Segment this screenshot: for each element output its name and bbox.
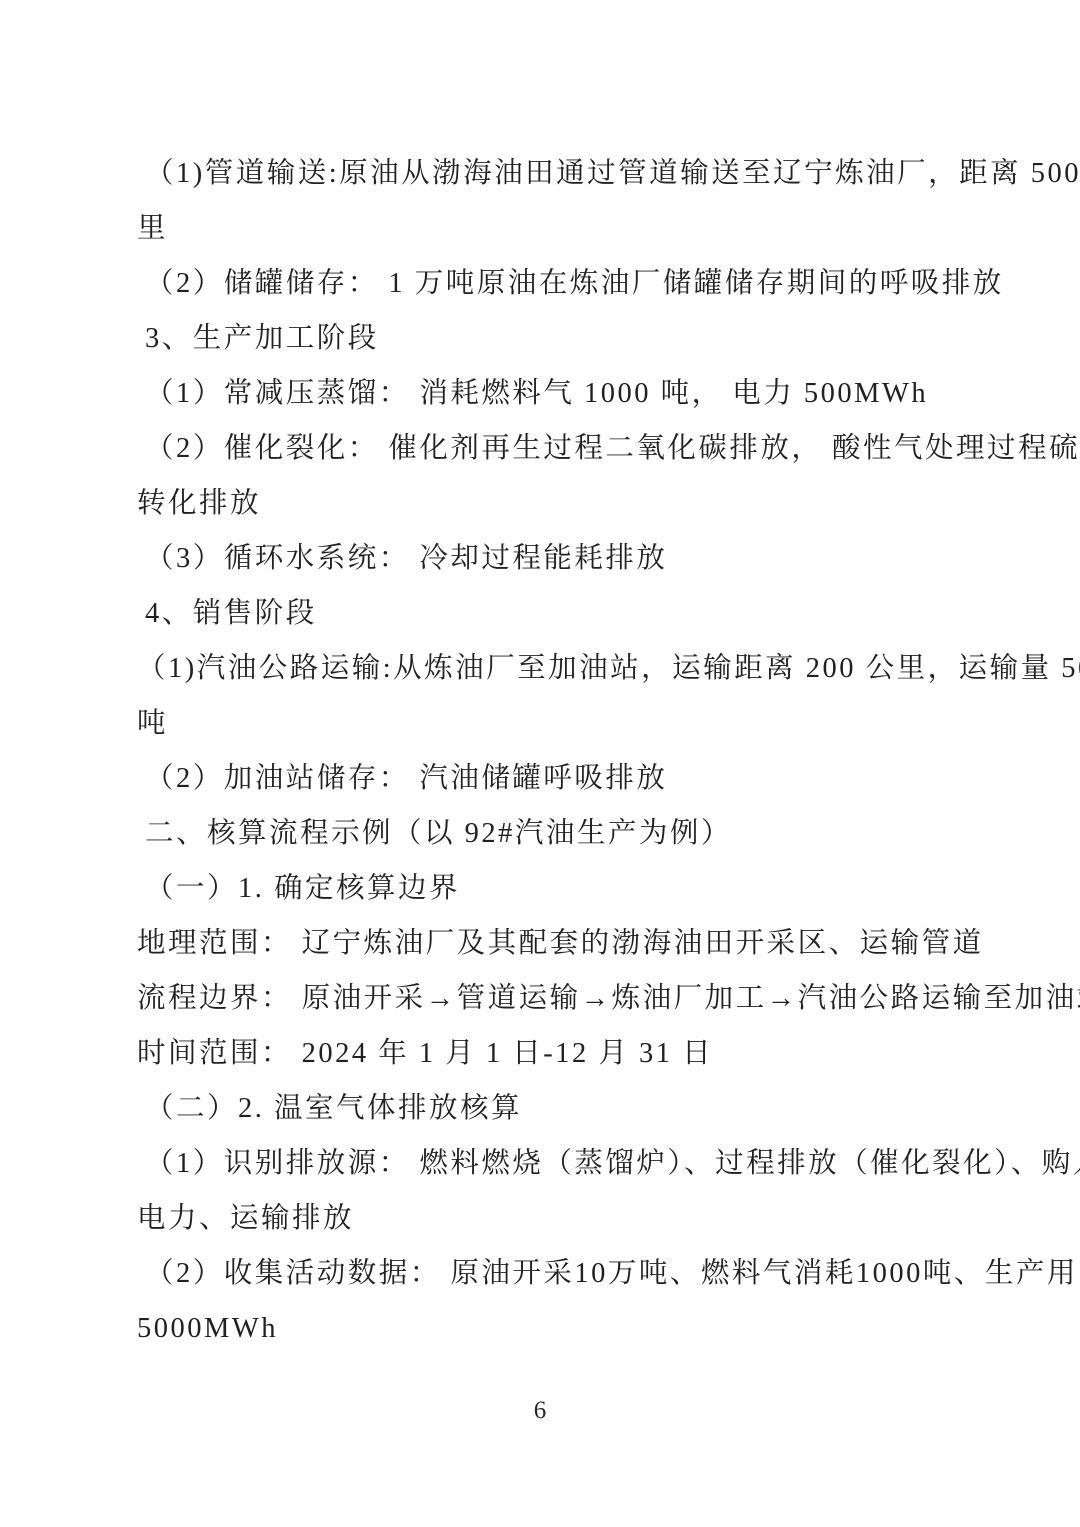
document-page: （1)管道输送:原油从渤海油田通过管道输送至辽宁炼油厂，距离 500 公 里 （… (0, 0, 1080, 1527)
doc-line: （2）加油站储存： 汽油储罐呼吸排放 (137, 751, 952, 806)
doc-line: （2）收集活动数据： 原油开采10万吨、燃料气消耗1000吨、生产用电 (137, 1246, 952, 1301)
doc-line: （1）识别排放源： 燃料燃烧（蒸馏炉）、过程排放（催化裂化）、购入 (137, 1136, 952, 1191)
doc-line: （1)汽油公路运输:从炼油厂至加油站，运输距离 200 公里，运输量 5000 (137, 641, 952, 696)
doc-line: 时间范围： 2024 年 1 月 1 日-12 月 31 日 (137, 1026, 952, 1081)
page-number: 6 (0, 1388, 1080, 1433)
doc-line: （2）催化裂化： 催化剂再生过程二氧化碳排放， 酸性气处理过程硫化氢 (137, 421, 952, 476)
doc-line: 流程边界： 原油开采→管道运输→炼油厂加工→汽油公路运输至加油站 (137, 971, 952, 1026)
doc-line: （1）常减压蒸馏： 消耗燃料气 1000 吨， 电力 500MWh (137, 366, 952, 421)
doc-line: 3、生产加工阶段 (137, 311, 952, 366)
doc-line: （3）循环水系统： 冷却过程能耗排放 (137, 531, 952, 586)
doc-line: （1)管道输送:原油从渤海油田通过管道输送至辽宁炼油厂，距离 500 公 (137, 146, 952, 201)
doc-line: 二、核算流程示例（以 92#汽油生产为例） (137, 806, 952, 861)
doc-line: 电力、运输排放 (137, 1191, 952, 1246)
doc-line: 吨 (137, 696, 952, 751)
doc-line: （二）2. 温室气体排放核算 (137, 1081, 952, 1136)
doc-line: 4、销售阶段 (137, 586, 952, 641)
doc-line: 转化排放 (137, 476, 952, 531)
document-body: （1)管道输送:原油从渤海油田通过管道输送至辽宁炼油厂，距离 500 公 里 （… (137, 146, 952, 1356)
doc-line: 里 (137, 201, 952, 256)
doc-line: 5000MWh (137, 1301, 952, 1356)
doc-line: （2）储罐储存： 1 万吨原油在炼油厂储罐储存期间的呼吸排放 (137, 256, 952, 311)
doc-line: （一）1. 确定核算边界 (137, 861, 952, 916)
doc-line: 地理范围： 辽宁炼油厂及其配套的渤海油田开采区、运输管道 (137, 916, 952, 971)
